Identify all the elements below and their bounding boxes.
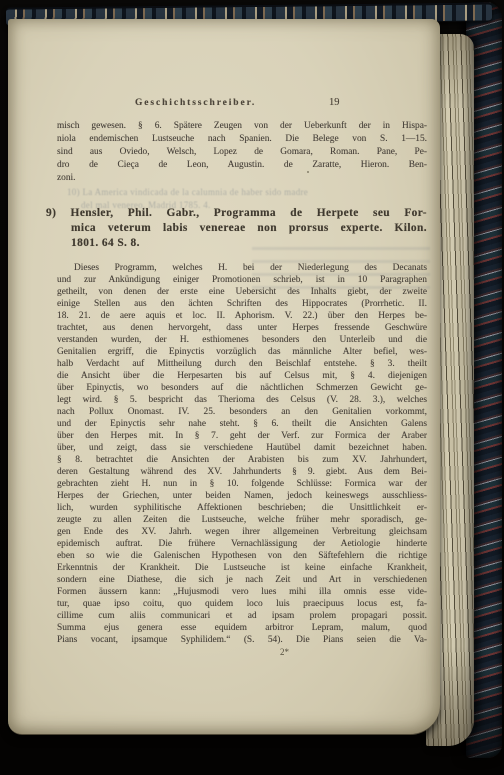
- text-line: tur, quae ipso coitu, quo quidem loco lu…: [57, 598, 427, 610]
- text-column: Geschichtsschreiber. 19 misch gewesen. §…: [57, 19, 427, 734]
- text-line: Formen äussern kann: „Hujusmodi vero lue…: [57, 586, 427, 598]
- text-line: § 8. betrachtet die Ansichten der Arabis…: [57, 454, 427, 466]
- paragraph-continuation: misch gewesen. § 6. Spätere Zeugen von d…: [57, 120, 427, 185]
- text-line: verstanden wurden, der H. esthiomenes be…: [57, 334, 427, 346]
- book-page: Geschichtsschreiber. 19 misch gewesen. §…: [8, 19, 440, 735]
- text-line: und zur Ankündigung einiger Promotionen …: [57, 274, 427, 286]
- text-line: über Epinyctis, wo besonders auf die näc…: [57, 382, 427, 394]
- text-line: über, und zeigt, dass sie verschiedene H…: [57, 442, 427, 454]
- text-line: Genitalien ergriff, die Epinyctis vorzüg…: [57, 346, 427, 358]
- text-line: 18. 21. de aere aquis et loc. II. Aphori…: [57, 310, 427, 322]
- scanned-book-page: Geschichtsschreiber. 19 misch gewesen. §…: [0, 0, 504, 775]
- text-line: dro de Cieça de Leon, Augustin. de Zarat…: [57, 159, 427, 172]
- text-line: lich, wurden syphilitische Affektionen b…: [57, 502, 427, 514]
- text-line: Dieses Programm, welches H. bei der Nied…: [57, 262, 427, 274]
- signature-mark: 2*: [57, 647, 427, 657]
- text-line: über den Herpes mit. In § 7. geht der Ve…: [57, 430, 427, 442]
- text-line: 10) La America vindicada de la calumnia …: [67, 186, 407, 199]
- text-line: einige Stellen aus den ächten Schriften …: [57, 298, 427, 310]
- text-line: Pians vocant, ipsamque Syphilidem.“ (S. …: [57, 634, 427, 646]
- review-paragraph: Dieses Programm, welches H. bei der Nied…: [57, 262, 427, 646]
- entry-heading: 9) Hensler, Phil. Gabr., Programma de He…: [46, 206, 427, 252]
- text-line: 1801. 64 S. 8.: [46, 236, 427, 251]
- text-line: mica veterum labis venereae non prorsus …: [46, 221, 427, 236]
- running-header-title: Geschichtsschreiber.: [135, 98, 256, 108]
- text-line: die Ansicht über die Herpesarten bis auf…: [57, 370, 427, 382]
- text-line: Summa ejus genera esse equidem arbitror …: [57, 622, 427, 634]
- text-line: gebrachten zieht H. nun in § 10. folgend…: [57, 478, 427, 490]
- text-line: deren Gestaltung während des XV. Jahrhun…: [57, 466, 427, 478]
- text-line: misch gewesen. § 6. Spätere Zeugen von d…: [57, 120, 427, 133]
- text-line: epidemisch auftrat. Die frühere Vernachl…: [57, 538, 427, 550]
- text-line: Erkenntnis der Krankheit. Die Lustseuche…: [57, 562, 427, 574]
- text-line: Herpes der Griechen, unter beiden Namen,…: [57, 490, 427, 502]
- running-header: Geschichtsschreiber. 19: [57, 98, 427, 112]
- page-number: 19: [329, 97, 340, 108]
- text-line: legt wird. § 5. bespricht das Therioma d…: [57, 394, 427, 406]
- text-line: gen Ende des XV. Jahrh. wegen ihrer allg…: [57, 526, 427, 538]
- text-line: nach Pollux Onomast. IV. 25. besonders a…: [57, 406, 427, 418]
- text-line: trachtet, aus denen hervorgeht, dass unt…: [57, 322, 427, 334]
- text-line: sondern eine Diathese, die sich je nach …: [57, 574, 427, 586]
- text-line: 9) Hensler, Phil. Gabr., Programma de He…: [46, 206, 427, 221]
- text-line: sind aus Oviedo, Welsch, Lopez de Gomara…: [57, 146, 427, 159]
- text-line: getheilt, von denen der erste eine Ueber…: [57, 286, 427, 298]
- text-line: und der Epinyctis sehr nahe steht. § 6. …: [57, 418, 427, 430]
- text-line: zeugte zu allen Zeiten die Lustseuche, w…: [57, 514, 427, 526]
- text-line: eben so wie die Galenischen Hypothesen v…: [57, 550, 427, 562]
- text-line: halb Verdacht auf Mittheilung durch den …: [57, 358, 427, 370]
- text-line: zoni.: [57, 172, 427, 185]
- text-line: niola endemischen Lustseuche nach Spanie…: [57, 133, 427, 146]
- text-line: cillime cum aliis communicari et ad ipsa…: [57, 610, 427, 622]
